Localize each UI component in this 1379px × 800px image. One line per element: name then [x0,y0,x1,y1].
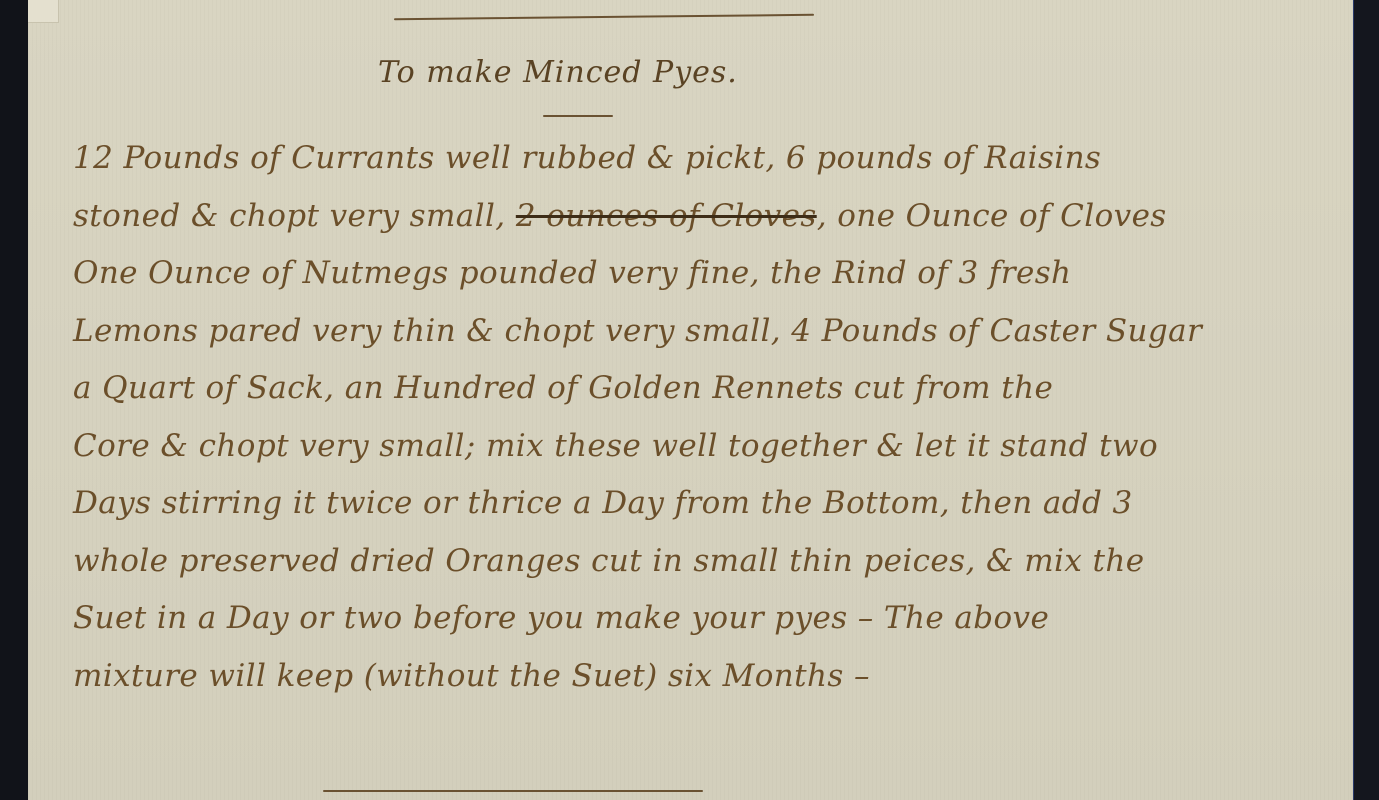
document-scan: To make Minced Pyes. 12 Pounds of Curran… [0,0,1379,800]
bottom-divider-rule [323,790,703,792]
text-line-2-start: stoned & chopt very small, [73,198,516,234]
text-line-5: a Quart of Sack, an Hundred of Golden Re… [73,360,1333,418]
top-divider-rule [394,14,814,20]
text-line-1: 12 Pounds of Currants well rubbed & pick… [73,130,1333,188]
text-line-8: whole preserved dried Oranges cut in sma… [73,533,1333,591]
scan-background-left [0,0,28,800]
text-line-9: Suet in a Day or two before you make you… [73,590,1333,648]
recipe-body: 12 Pounds of Currants well rubbed & pick… [73,130,1333,705]
struck-through-text: 2 ounces of Cloves [516,198,817,234]
recipe-title: To make Minced Pyes. [378,55,738,90]
text-line-2: stoned & chopt very small, 2 ounces of C… [73,188,1333,246]
text-line-3: One Ounce of Nutmegs pounded very fine, … [73,245,1333,303]
folded-corner [28,0,59,23]
text-line-7: Days stirring it twice or thrice a Day f… [73,475,1333,533]
scan-background-right [1353,0,1379,800]
text-line-6: Core & chopt very small; mix these well … [73,418,1333,476]
text-line-10: mixture will keep (without the Suet) six… [73,648,1333,706]
text-line-4: Lemons pared very thin & chopt very smal… [73,303,1333,361]
text-line-2-end: , one Ounce of Cloves [817,198,1167,234]
title-underline [543,115,613,117]
manuscript-page: To make Minced Pyes. 12 Pounds of Curran… [28,0,1353,800]
